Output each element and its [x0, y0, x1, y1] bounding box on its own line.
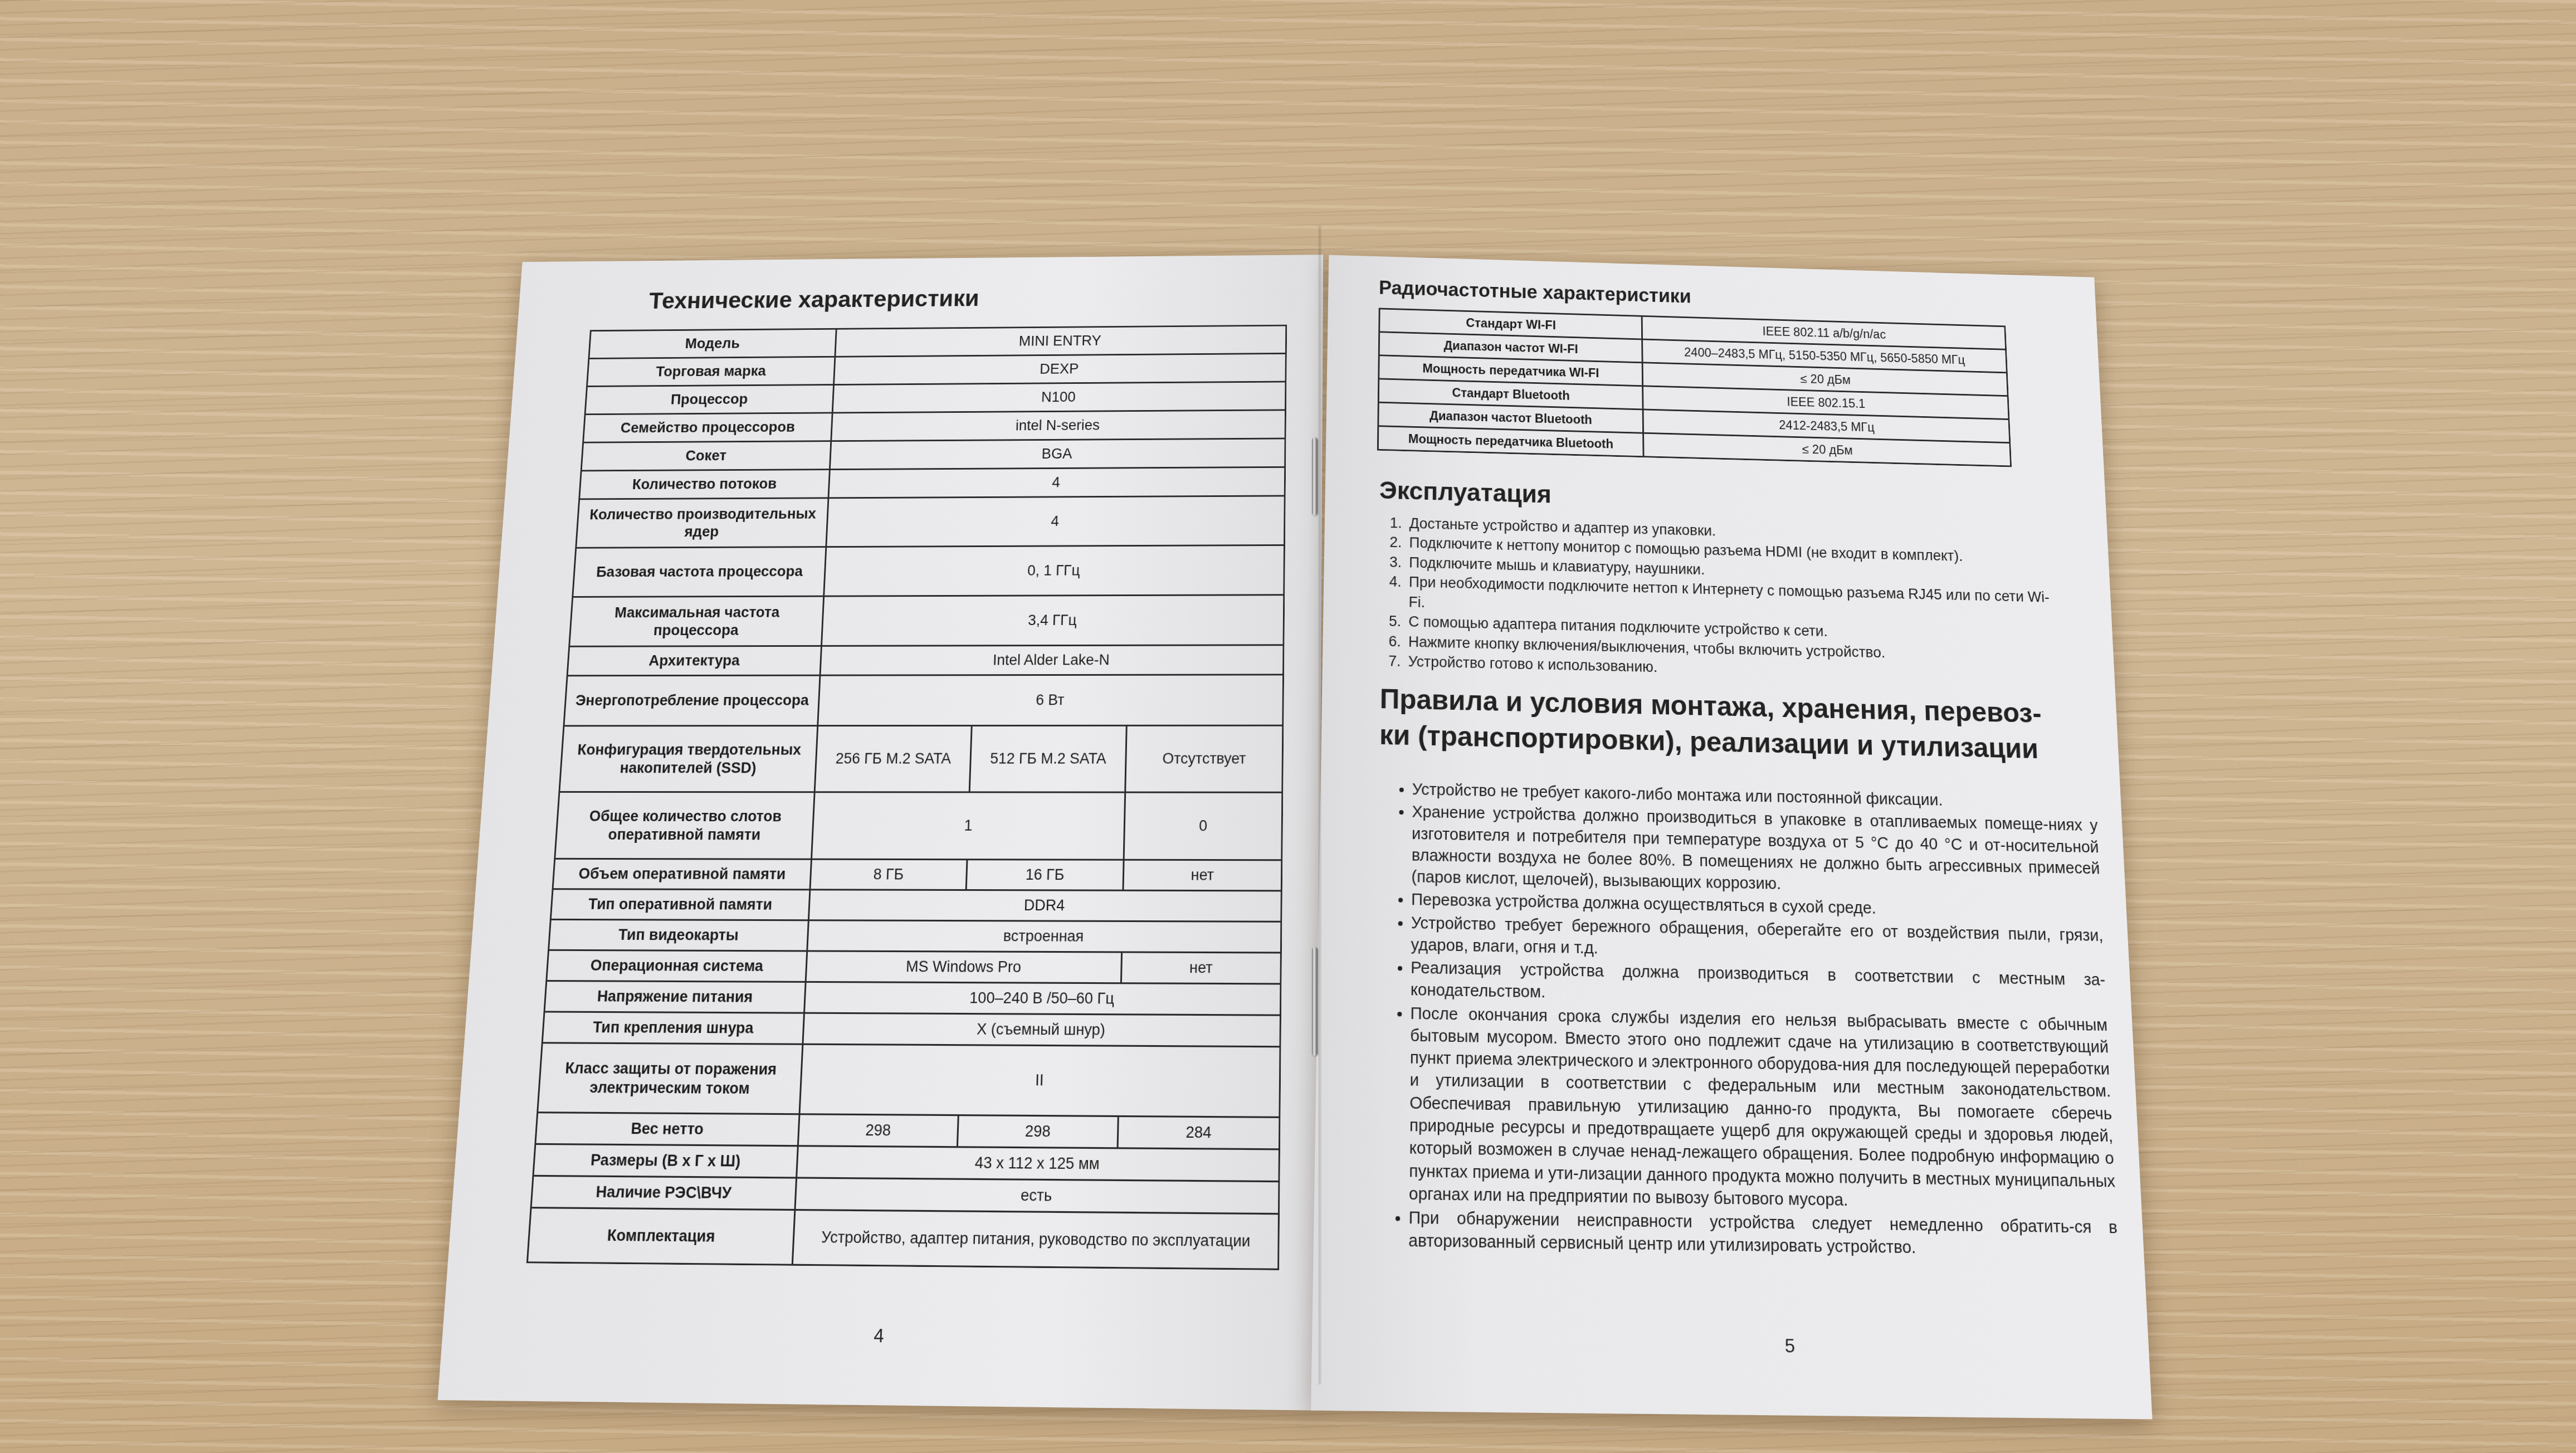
spec-value: 1 [812, 792, 1125, 860]
spec-value: 43 x 112 x 125 мм [797, 1146, 1280, 1182]
spec-value: 4 [828, 467, 1285, 498]
spec-label: Процессор [585, 384, 833, 414]
table-row: Объем оперативной памяти8 ГБ16 ГБнет [553, 859, 1282, 891]
table-row: Количество производительных ядер4 [576, 496, 1285, 548]
staple-icon [1312, 947, 1318, 1056]
operation-steps-list: Достаньте устройство и адаптер из упаков… [1383, 513, 2056, 686]
spec-label: Операционная система [547, 950, 807, 982]
spec-value: 0 [1124, 792, 1282, 860]
spec-value: нет [1123, 860, 1282, 891]
spec-label: Тип крепления шнура [542, 1012, 804, 1044]
spec-label: Конфигурация твердотельных накопителей (… [559, 726, 818, 792]
manual-page-5: Радиочастотные характеристики Стандарт W… [1311, 255, 2152, 1420]
list-item: После окончания срока службы изделия его… [1409, 1002, 2117, 1215]
spec-label: Торговая марка [587, 357, 835, 386]
table-row: Базовая частота процессора0, 1 ГГц [573, 545, 1285, 597]
spec-label: Объем оперативной памяти [553, 859, 811, 890]
spec-value: встроенная [807, 920, 1281, 953]
table-row: АрхитектураIntel Alder Lake-N [567, 645, 1284, 676]
spec-value: 256 ГБ M.2 SATA [814, 725, 972, 792]
spec-value: 0, 1 ГГц [824, 545, 1285, 596]
list-item: При обнаружении неисправности устройства… [1408, 1207, 2119, 1262]
spec-label: Общее количество слотов оперативной памя… [555, 792, 814, 859]
table-row: Тип видеокартывстроенная [549, 919, 1281, 953]
table-row: Конфигурация твердотельных накопителей (… [559, 725, 1283, 792]
spec-value: 16 ГБ [966, 860, 1124, 890]
page-number: 5 [1784, 1335, 1795, 1358]
spec-label: Архитектура [567, 646, 821, 675]
spec-value: intel N-series [831, 410, 1286, 441]
spec-value: MS Windows Pro [806, 951, 1121, 983]
spec-value: BGA [830, 438, 1285, 470]
spec-value: DDR4 [808, 890, 1281, 921]
spec-value: Устройство, адаптер питания, руководство… [792, 1210, 1279, 1270]
table-row: Количество потоков4 [579, 467, 1285, 499]
spec-label: Размеры (В х Г х Ш) [533, 1144, 798, 1178]
staple-icon [1312, 437, 1318, 515]
radio-specs-table: Стандарт WI-FIIEEE 802.11 a/b/g/n/acДиап… [1377, 308, 2012, 467]
spec-label: Класс защиты от поражения электрическим … [538, 1043, 803, 1114]
spec-value: II [799, 1044, 1280, 1117]
spec-value: 298 [798, 1114, 958, 1147]
spec-value: X (съемный шнур) [803, 1013, 1281, 1047]
spec-label: Тип оперативной памяти [550, 889, 810, 920]
booklet-spine [1318, 226, 1321, 1384]
spec-value: 6 Вт [818, 675, 1284, 726]
rules-list: Устройство не требует какого-либо монтаж… [1383, 778, 2119, 1263]
spec-value: нет [1121, 952, 1281, 984]
table-row: Семейство процессоровintel N-series [583, 410, 1286, 442]
spec-label: Энергопотребление процессора [564, 675, 820, 726]
table-row: Энергопотребление процессора6 Вт [564, 675, 1284, 726]
spec-label: Количество потоков [579, 470, 830, 499]
tech-specs-title: Технические характеристики [648, 286, 980, 314]
page-number: 4 [874, 1324, 885, 1347]
spec-value: Intel Alder Lake-N [820, 645, 1284, 675]
spec-value: N100 [832, 382, 1286, 413]
spec-value: 298 [957, 1115, 1118, 1148]
table-row: Размеры (В х Г х Ш)43 x 112 x 125 мм [533, 1144, 1279, 1181]
list-item: Хранение устройства должно производиться… [1411, 802, 2101, 901]
radio-specs-title: Радиочастотные характеристики [1379, 277, 1691, 308]
table-row: МодельMINI ENTRY [589, 325, 1286, 358]
spec-label: Семейство процессоров [583, 413, 833, 442]
spec-label: Количество производительных ядер [576, 498, 828, 548]
table-row: Максимальная частота процессора3,4 ГГц [569, 595, 1284, 647]
table-row: СокетBGA [581, 438, 1285, 471]
rules-title: Правила и условия монтажа, хранения, пер… [1379, 681, 2068, 768]
spec-value: 284 [1118, 1116, 1280, 1149]
operation-title: Эксплуатация [1379, 476, 1552, 509]
table-row: Торговая маркаDEXP [587, 353, 1286, 386]
table-row: Вес нетто298298284 [535, 1113, 1280, 1149]
spec-value: MINI ENTRY [835, 325, 1286, 357]
spec-label: Комплектация [527, 1208, 795, 1265]
manual-page-4: Технические характеристики МодельMINI EN… [438, 255, 1324, 1410]
spec-label: Базовая частота процессора [573, 547, 826, 597]
tech-specs-table: МодельMINI ENTRYТорговая маркаDEXPПроцес… [526, 325, 1287, 1270]
spec-value: 3,4 ГГц [822, 595, 1284, 646]
spec-label: Модель [589, 329, 836, 358]
spec-label: Вес нетто [535, 1113, 799, 1146]
spec-label: Тип видеокарты [549, 919, 809, 951]
table-row: ПроцессорN100 [585, 382, 1286, 415]
table-row: КомплектацияУстройство, адаптер питания,… [527, 1208, 1279, 1270]
spec-value: 8 ГБ [810, 859, 967, 890]
table-row: Операционная системаMS Windows Proнет [547, 950, 1281, 984]
spec-value: 512 ГБ M.2 SATA [969, 725, 1126, 792]
spec-label: Напряжение питания [544, 981, 806, 1013]
spec-value: 100–240 В /50–60 Гц [804, 982, 1281, 1015]
table-row: Тип оперативной памятиDDR4 [550, 889, 1281, 922]
spec-label: Наличие РЭС\ВЧУ [531, 1176, 797, 1210]
spec-label: Сокет [581, 441, 831, 471]
spec-value: есть [795, 1178, 1279, 1214]
spec-value: DEXP [834, 353, 1286, 384]
table-row: Напряжение питания100–240 В /50–60 Гц [544, 981, 1281, 1016]
table-row: Тип крепления шнураX (съемный шнур) [542, 1012, 1280, 1047]
desk-surface: Технические характеристики МодельMINI EN… [0, 0, 2576, 1453]
table-row: Общее количество слотов оперативной памя… [555, 792, 1282, 860]
spec-value: 4 [826, 496, 1285, 547]
spec-label: Максимальная частота процессора [569, 596, 824, 646]
table-row: Класс защиты от поражения электрическим … [538, 1043, 1280, 1118]
spec-value: Отсутствует [1125, 725, 1283, 792]
